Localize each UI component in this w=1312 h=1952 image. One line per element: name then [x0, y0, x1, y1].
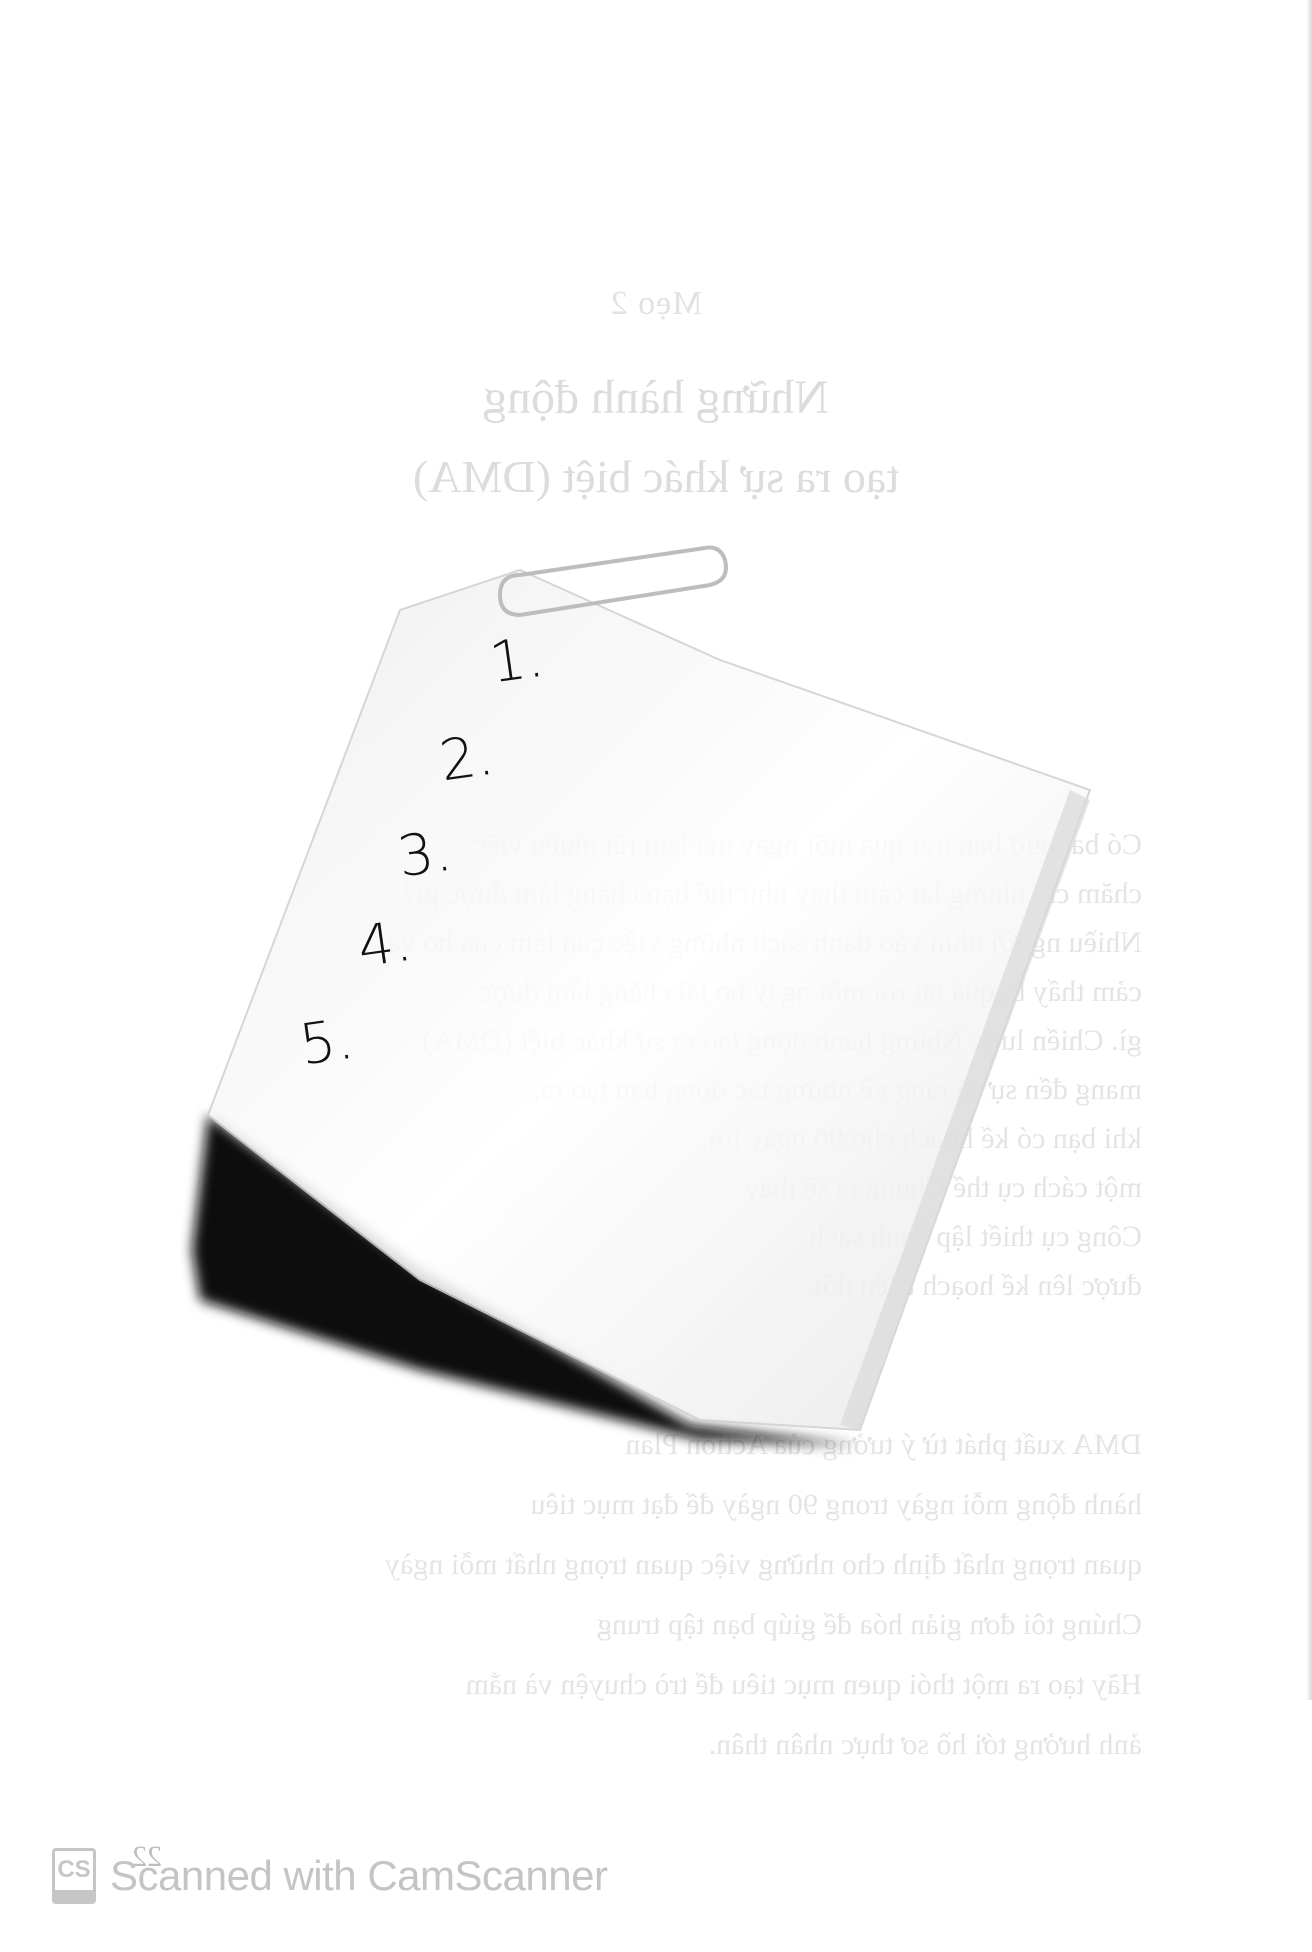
handwritten-item-5: 5. [296, 1007, 358, 1079]
handwritten-item-2: 2. [436, 723, 498, 795]
watermark-text: Scanned with CamScanner [110, 1852, 607, 1900]
handwritten-item-1: 1. [486, 625, 548, 697]
camscanner-logo-icon: CS [52, 1848, 96, 1904]
handwritten-item-3: 3. [394, 819, 456, 891]
sticky-note: 1. 2. 3. 4. 5. [0, 0, 1312, 1952]
camscanner-watermark: CS Scanned with CamScanner [52, 1846, 607, 1906]
handwritten-item-4: 4. [354, 909, 416, 981]
sticky-note-shadow [0, 0, 1312, 1952]
